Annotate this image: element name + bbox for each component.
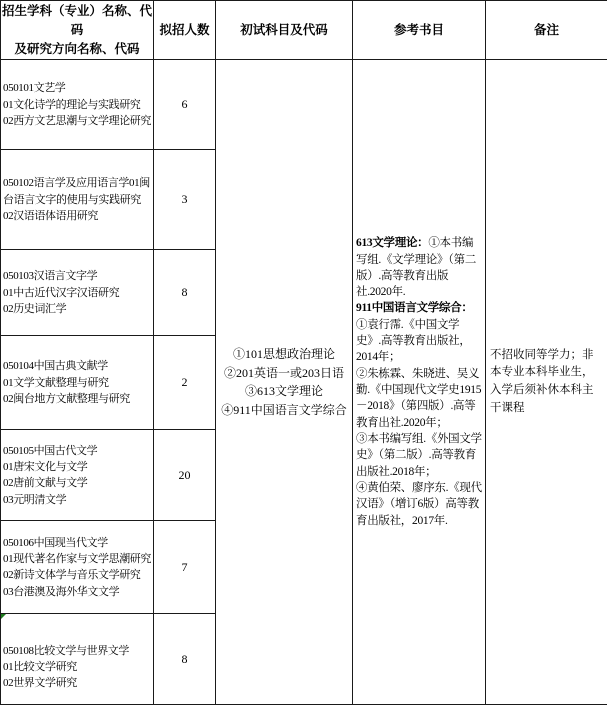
admissions-table: 招生学科（专业）名称、代码 及研究方向名称、代码 拟招人数 初试科目及代码 参考… bbox=[0, 0, 607, 705]
header-program: 招生学科（专业）名称、代码 及研究方向名称、代码 bbox=[1, 1, 154, 60]
header-references: 参考书目 bbox=[353, 1, 486, 60]
references-cell: 613文学理论：①本书编写组.《文学理论》（第二版）.高等教育出版社.2020年… bbox=[353, 60, 486, 705]
remarks-cell: 不招收同等学力；非本专业本科毕业生，入学后须补休本科主干课程 bbox=[486, 60, 607, 705]
exam-subjects-cell: ①101思想政治理论 ②201英语一或203日语 ③613文学理论 ④911中国… bbox=[216, 60, 353, 705]
program-cell-050104: 050104中国古典文献学 01文学文献整理与研究 02闽台地方文献整理与研究 bbox=[1, 336, 154, 430]
count-cell-050104: 2 bbox=[154, 336, 216, 430]
count-cell-050108: 8 bbox=[154, 614, 216, 705]
program-cell-050108: 050108比较文学与世界文学 01比较文学研究 02世界文学研究 bbox=[1, 614, 154, 705]
program-text: 050108比较文学与世界文学 01比较文学研究 02世界文学研究 bbox=[3, 645, 129, 690]
reference-section-title: 613文学理论： bbox=[356, 237, 428, 249]
header-count: 拟招人数 bbox=[154, 1, 216, 60]
cell-corner-flag-icon bbox=[1, 614, 6, 619]
count-cell-050102: 3 bbox=[154, 150, 216, 250]
reference-section-title: 911中国语言文学综合： bbox=[356, 302, 473, 314]
header-remarks: 备注 bbox=[486, 1, 607, 60]
count-cell-050101: 6 bbox=[154, 60, 216, 150]
program-cell-050106: 050106中国现当代文学 01现代著名作家与文学思潮研究 02新诗文体学与音乐… bbox=[1, 521, 154, 614]
header-row: 招生学科（专业）名称、代码 及研究方向名称、代码 拟招人数 初试科目及代码 参考… bbox=[1, 1, 607, 60]
header-exam-subjects: 初试科目及代码 bbox=[216, 1, 353, 60]
count-cell-050105: 20 bbox=[154, 430, 216, 521]
program-cell-050102: 050102语言学及应用语言学01闽台语言文字的使用与实践研究 02汉语语体语用… bbox=[1, 150, 154, 250]
program-cell-050105: 050105中国古代文学 01唐宋文化与文学 02唐前文献与文学 03元明清文学 bbox=[1, 430, 154, 521]
count-cell-050106: 7 bbox=[154, 521, 216, 614]
admissions-table-page: 招生学科（专业）名称、代码 及研究方向名称、代码 拟招人数 初试科目及代码 参考… bbox=[0, 0, 607, 706]
program-cell-050101: 050101文艺学 01文化诗学的理论与实践研究 02西方文艺思潮与文学理论研究 bbox=[1, 60, 154, 150]
count-cell-050103: 8 bbox=[154, 250, 216, 336]
table-row: 050101文艺学 01文化诗学的理论与实践研究 02西方文艺思潮与文学理论研究… bbox=[1, 60, 607, 150]
reference-section-body: ①袁行霈.《中国文学史》.高等教育出版社，2014年； ②朱栋霖、朱晓进、吴义勤… bbox=[356, 319, 482, 527]
program-cell-050103: 050103汉语言文字学 01中古近代汉字汉语研究 02历史词汇学 bbox=[1, 250, 154, 336]
